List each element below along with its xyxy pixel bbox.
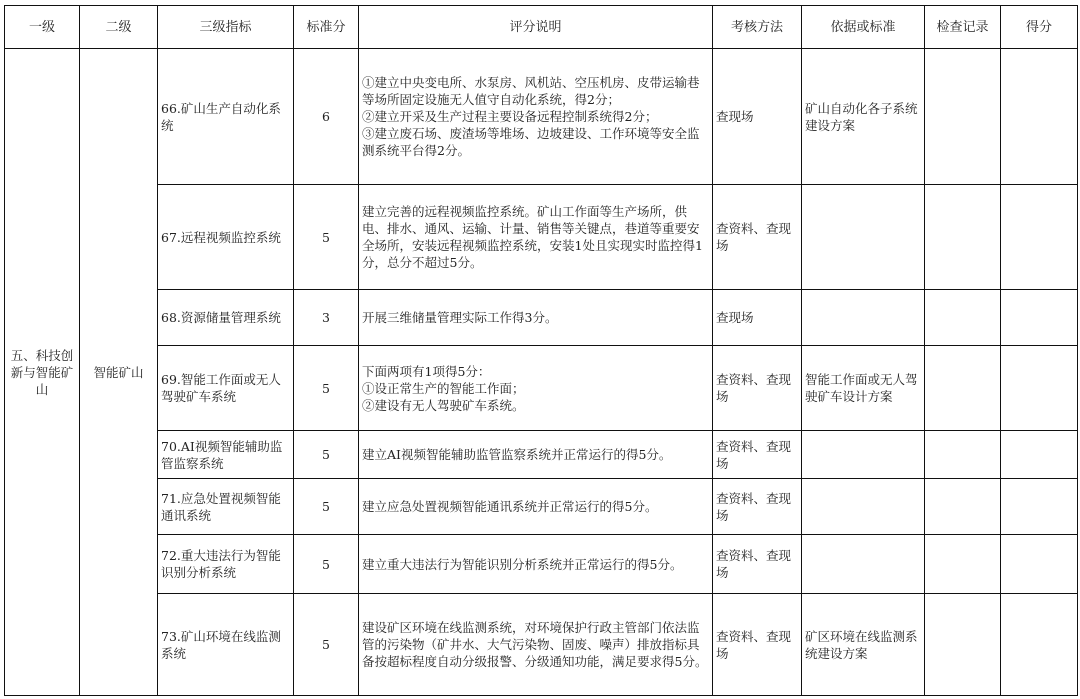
description-cell: 建立重大违法行为智能识别分析系统并正常运行的得5分。 [359,535,713,594]
record-cell[interactable] [925,290,1001,346]
scoring-table: 一级 二级 三级指标 标准分 评分说明 考核方法 依据或标准 检查记录 得分 五… [4,5,1078,696]
description-line: 建设矿区环境在线监测系统，对环境保护行政主管部门依法监管的污染物（矿井水、大气污… [362,619,709,670]
description-line: ③建立废石场、废渣场等堆场、边坡建设、工作环境等安全监测系统平台得2分。 [362,125,709,159]
method-cell: 查资料、查现场 [713,346,802,431]
header-level1: 一级 [5,6,80,49]
description-line: ①建立中央变电所、水泵房、风机站、空压机房、皮带运输巷等场所固定设施无人值守自动… [362,74,709,108]
description-cell: ①建立中央变电所、水泵房、风机站、空压机房、皮带运输巷等场所固定设施无人值守自动… [359,49,713,185]
indicator-cell: 68.资源储量管理系统 [158,290,294,346]
indicator-cell: 70.AI视频智能辅助监管监察系统 [158,431,294,479]
header-record: 检查记录 [925,6,1001,49]
header-method: 考核方法 [713,6,802,49]
basis-cell [802,431,925,479]
indicator-cell: 69.智能工作面或无人驾驶矿车系统 [158,346,294,431]
score-cell: 5 [294,479,359,535]
points-cell[interactable] [1001,185,1078,290]
points-cell[interactable] [1001,479,1078,535]
points-cell[interactable] [1001,431,1078,479]
description-line: 下面两项有1项得5分： [362,363,709,380]
score-cell: 5 [294,185,359,290]
description-line: 建立完善的远程视频监控系统。矿山工作面等生产场所，供电、排水、通风、运输、计量、… [362,203,709,271]
header-description: 评分说明 [359,6,713,49]
basis-cell [802,185,925,290]
description-cell: 建立AI视频智能辅助监管监察系统并正常运行的得5分。 [359,431,713,479]
method-cell: 查资料、查现场 [713,594,802,696]
score-cell: 5 [294,346,359,431]
table-row: 73.矿山环境在线监测系统 5 建设矿区环境在线监测系统，对环境保护行政主管部门… [5,594,1078,696]
basis-cell [802,479,925,535]
points-cell[interactable] [1001,535,1078,594]
header-standard-score: 标准分 [294,6,359,49]
description-line: ②建设有无人驾驶矿车系统。 [362,397,709,414]
indicator-cell: 73.矿山环境在线监测系统 [158,594,294,696]
header-basis: 依据或标准 [802,6,925,49]
basis-cell: 矿区环境在线监测系统建设方案 [802,594,925,696]
record-cell[interactable] [925,185,1001,290]
header-row: 一级 二级 三级指标 标准分 评分说明 考核方法 依据或标准 检查记录 得分 [5,6,1078,49]
points-cell[interactable] [1001,290,1078,346]
method-cell: 查现场 [713,290,802,346]
description-line: 开展三维储量管理实际工作得3分。 [362,309,709,326]
basis-cell: 矿山自动化各子系统建设方案 [802,49,925,185]
table-row: 70.AI视频智能辅助监管监察系统 5 建立AI视频智能辅助监管监察系统并正常运… [5,431,1078,479]
table-row: 71.应急处置视频智能通讯系统 5 建立应急处置视频智能通讯系统并正常运行的得5… [5,479,1078,535]
table-row: 72.重大违法行为智能识别分析系统 5 建立重大违法行为智能识别分析系统并正常运… [5,535,1078,594]
indicator-cell: 72.重大违法行为智能识别分析系统 [158,535,294,594]
method-cell: 查现场 [713,49,802,185]
description-line: 建立AI视频智能辅助监管监察系统并正常运行的得5分。 [362,446,709,463]
description-line: 建立应急处置视频智能通讯系统并正常运行的得5分。 [362,498,709,515]
record-cell[interactable] [925,535,1001,594]
record-cell[interactable] [925,479,1001,535]
score-cell: 5 [294,431,359,479]
points-cell[interactable] [1001,49,1078,185]
method-cell: 查资料、查现场 [713,479,802,535]
table-row: 67.远程视频监控系统 5 建立完善的远程视频监控系统。矿山工作面等生产场所，供… [5,185,1078,290]
description-cell: 下面两项有1项得5分： ①设正常生产的智能工作面； ②建设有无人驾驶矿车系统。 [359,346,713,431]
indicator-cell: 71.应急处置视频智能通讯系统 [158,479,294,535]
indicator-cell: 67.远程视频监控系统 [158,185,294,290]
basis-cell [802,290,925,346]
description-line: ①设正常生产的智能工作面； [362,380,709,397]
points-cell[interactable] [1001,594,1078,696]
description-cell: 建立应急处置视频智能通讯系统并正常运行的得5分。 [359,479,713,535]
level1-cell: 五、科技创新与智能矿山 [5,49,80,696]
score-cell: 5 [294,535,359,594]
description-line: ②建立开采及生产过程主要设备远程控制系统得2分； [362,108,709,125]
description-cell: 开展三维储量管理实际工作得3分。 [359,290,713,346]
description-line: 建立重大违法行为智能识别分析系统并正常运行的得5分。 [362,556,709,573]
basis-cell [802,535,925,594]
score-cell: 3 [294,290,359,346]
record-cell[interactable] [925,346,1001,431]
method-cell: 查资料、查现场 [713,431,802,479]
header-indicator: 三级指标 [158,6,294,49]
description-cell: 建立完善的远程视频监控系统。矿山工作面等生产场所，供电、排水、通风、运输、计量、… [359,185,713,290]
method-cell: 查资料、查现场 [713,185,802,290]
score-cell: 6 [294,49,359,185]
record-cell[interactable] [925,49,1001,185]
points-cell[interactable] [1001,346,1078,431]
description-cell: 建设矿区环境在线监测系统，对环境保护行政主管部门依法监管的污染物（矿井水、大气污… [359,594,713,696]
score-cell: 5 [294,594,359,696]
table-row: 68.资源储量管理系统 3 开展三维储量管理实际工作得3分。 查现场 [5,290,1078,346]
record-cell[interactable] [925,431,1001,479]
basis-cell: 智能工作面或无人驾驶矿车设计方案 [802,346,925,431]
indicator-cell: 66.矿山生产自动化系统 [158,49,294,185]
record-cell[interactable] [925,594,1001,696]
table-row: 69.智能工作面或无人驾驶矿车系统 5 下面两项有1项得5分： ①设正常生产的智… [5,346,1078,431]
method-cell: 查资料、查现场 [713,535,802,594]
header-points: 得分 [1001,6,1078,49]
table-row: 五、科技创新与智能矿山 智能矿山 66.矿山生产自动化系统 6 ①建立中央变电所… [5,49,1078,185]
header-level2: 二级 [80,6,158,49]
level2-cell: 智能矿山 [80,49,158,696]
